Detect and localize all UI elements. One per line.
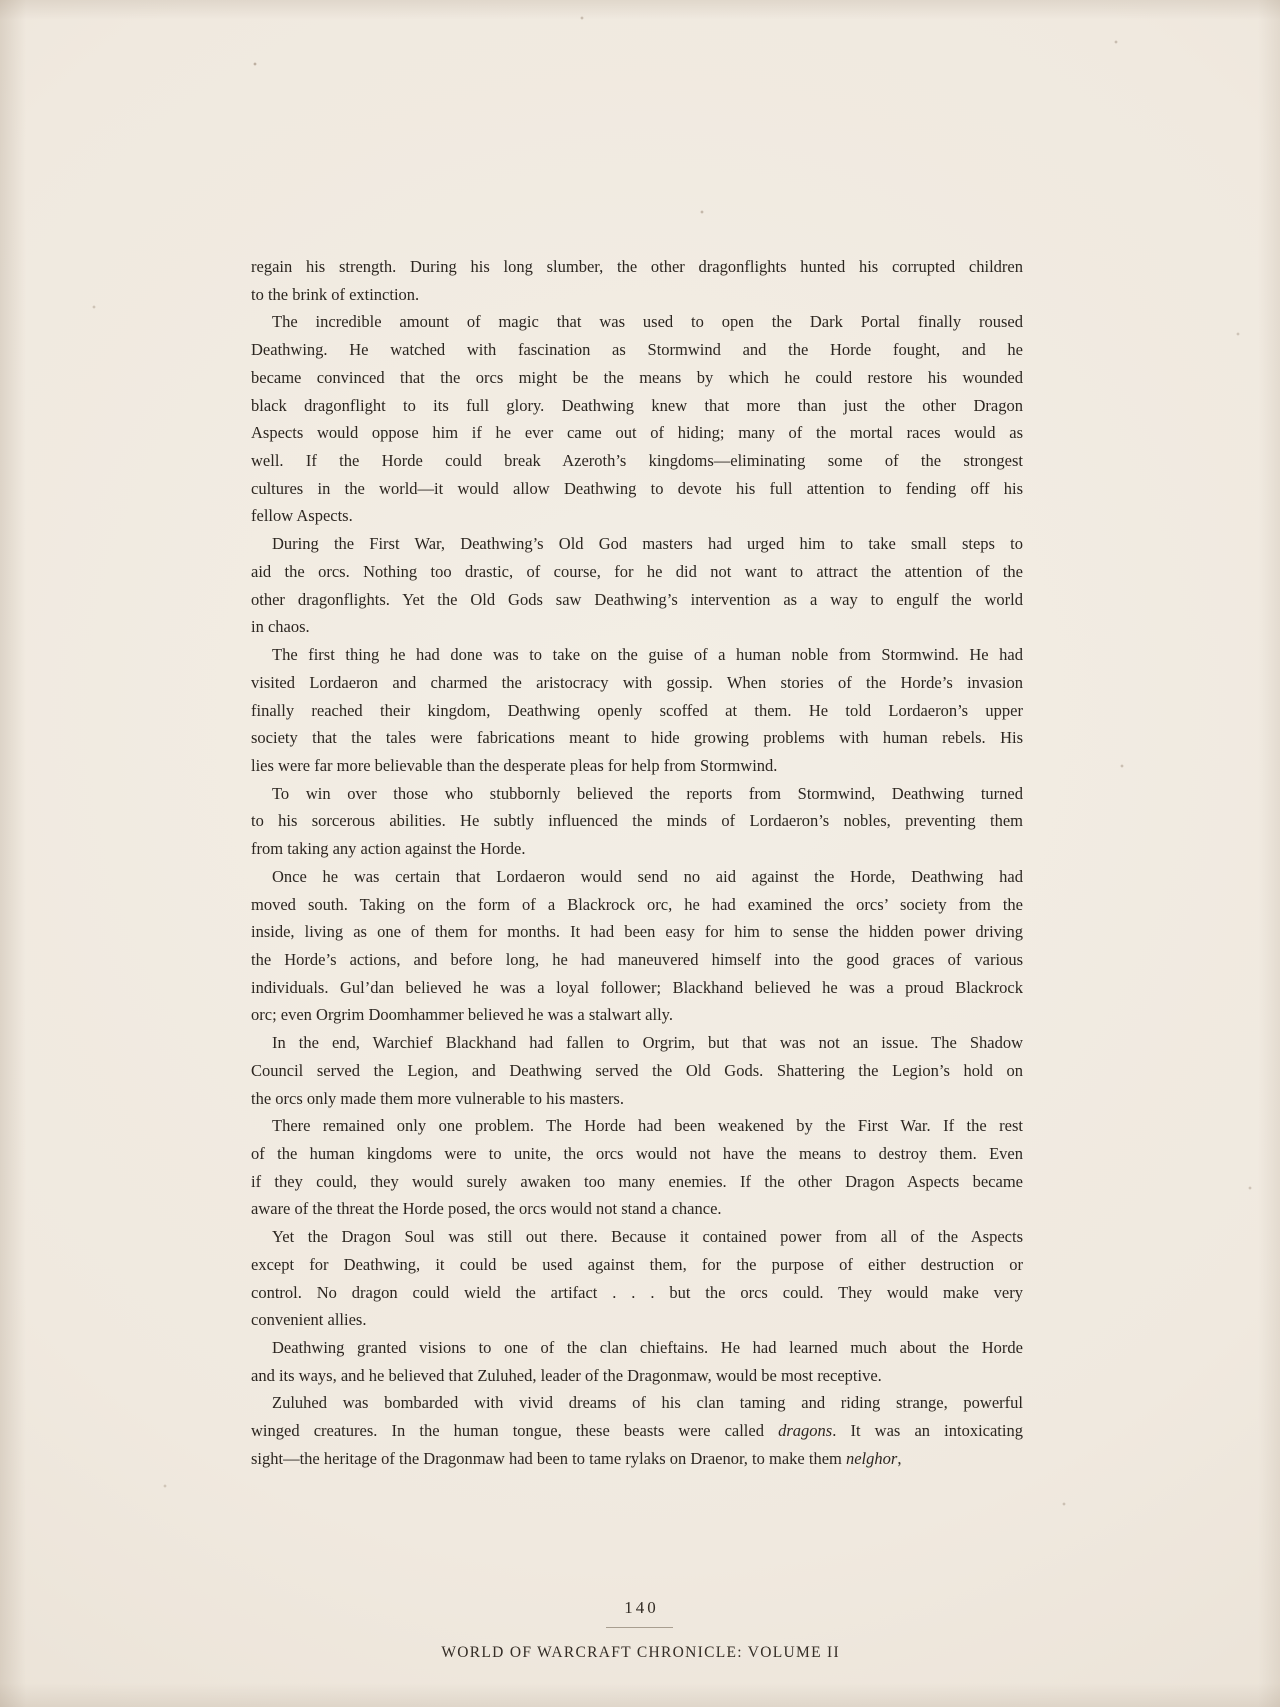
paragraph: To win over those who stubbornly believe…	[251, 780, 1023, 863]
text-line: visited Lordaeron and charmed the aristo…	[251, 669, 1023, 697]
text-line: inside, living as one of them for months…	[251, 918, 1023, 946]
text-line: During the First War, Deathwing’s Old Go…	[251, 530, 1023, 558]
text-line: moved south. Taking on the form of a Bla…	[251, 891, 1023, 919]
text-line: Yet the Dragon Soul was still out there.…	[251, 1223, 1023, 1251]
text-line: finally reached their kingdom, Deathwing…	[251, 697, 1023, 725]
text-line: fellow Aspects.	[251, 502, 1023, 530]
paragraph: During the First War, Deathwing’s Old Go…	[251, 530, 1023, 641]
text-line: became convinced that the orcs might be …	[251, 364, 1023, 392]
paragraph: There remained only one problem. The Hor…	[251, 1112, 1023, 1223]
text-line: Deathwing granted visions to one of the …	[251, 1334, 1023, 1362]
text-line: cultures in the world—it would allow Dea…	[251, 475, 1023, 503]
paragraph: Deathwing granted visions to one of the …	[251, 1334, 1023, 1389]
text-line: other dragonflights. Yet the Old Gods sa…	[251, 586, 1023, 614]
text-line: individuals. Gul’dan believed he was a l…	[251, 974, 1023, 1002]
italic-term: dragons	[778, 1421, 832, 1440]
footer-book-title: WORLD OF WARCRAFT CHRONICLE: VOLUME II	[0, 1644, 1280, 1662]
text-line: society that the tales were fabrications…	[251, 724, 1023, 752]
text-line: There remained only one problem. The Hor…	[251, 1112, 1023, 1140]
text-line: convenient allies.	[251, 1306, 1023, 1334]
text-line: The incredible amount of magic that was …	[251, 308, 1023, 336]
text-line: to his sorcerous abilities. He subtly in…	[251, 807, 1023, 835]
text-line: Once he was certain that Lordaeron would…	[251, 863, 1023, 891]
body-text: regain his strength. During his long slu…	[251, 253, 1023, 1473]
text-line: Aspects would oppose him if he ever came…	[251, 419, 1023, 447]
paragraph: In the end, Warchief Blackhand had falle…	[251, 1029, 1023, 1112]
text-line: the orcs only made them more vulnerable …	[251, 1085, 1023, 1113]
text-line: the Horde’s actions, and before long, he…	[251, 946, 1023, 974]
page-number: 140	[0, 1598, 1280, 1618]
text-line: In the end, Warchief Blackhand had falle…	[251, 1029, 1023, 1057]
text-line: winged creatures. In the human tongue, t…	[251, 1417, 1023, 1445]
text-line: aid the orcs. Nothing too drastic, of co…	[251, 558, 1023, 586]
text-line: regain his strength. During his long slu…	[251, 253, 1023, 281]
text-line: Deathwing. He watched with fascination a…	[251, 336, 1023, 364]
text-line: if they could, they would surely awaken …	[251, 1168, 1023, 1196]
paragraph: The incredible amount of magic that was …	[251, 308, 1023, 530]
footer-divider	[606, 1627, 673, 1628]
text-line: The first thing he had done was to take …	[251, 641, 1023, 669]
text-line: To win over those who stubbornly believe…	[251, 780, 1023, 808]
text-line: aware of the threat the Horde posed, the…	[251, 1195, 1023, 1223]
text-line: except for Deathwing, it could be used a…	[251, 1251, 1023, 1279]
text-line: well. If the Horde could break Azeroth’s…	[251, 447, 1023, 475]
text-line: orc; even Orgrim Doomhammer believed he …	[251, 1001, 1023, 1029]
text-line: and its ways, and he believed that Zuluh…	[251, 1362, 1023, 1390]
paragraph: Zuluhed was bombarded with vivid dreams …	[251, 1389, 1023, 1472]
paragraph: The first thing he had done was to take …	[251, 641, 1023, 780]
text-line: to the brink of extinction.	[251, 281, 1023, 309]
text-line: sight—the heritage of the Dragonmaw had …	[251, 1445, 1023, 1473]
text-line: lies were far more believable than the d…	[251, 752, 1023, 780]
italic-term: nelghor	[846, 1449, 897, 1468]
text-line: from taking any action against the Horde…	[251, 835, 1023, 863]
text-line: in chaos.	[251, 613, 1023, 641]
text-line: black dragonflight to its full glory. De…	[251, 392, 1023, 420]
paragraph: Once he was certain that Lordaeron would…	[251, 863, 1023, 1029]
book-page: { "colors": { "paper": "#f0e9df", "ink":…	[0, 0, 1280, 1707]
paragraph: regain his strength. During his long slu…	[251, 253, 1023, 308]
text-line: Zuluhed was bombarded with vivid dreams …	[251, 1389, 1023, 1417]
text-line: Council served the Legion, and Deathwing…	[251, 1057, 1023, 1085]
text-line: of the human kingdoms were to unite, the…	[251, 1140, 1023, 1168]
text-line: control. No dragon could wield the artif…	[251, 1279, 1023, 1307]
paragraph: Yet the Dragon Soul was still out there.…	[251, 1223, 1023, 1334]
